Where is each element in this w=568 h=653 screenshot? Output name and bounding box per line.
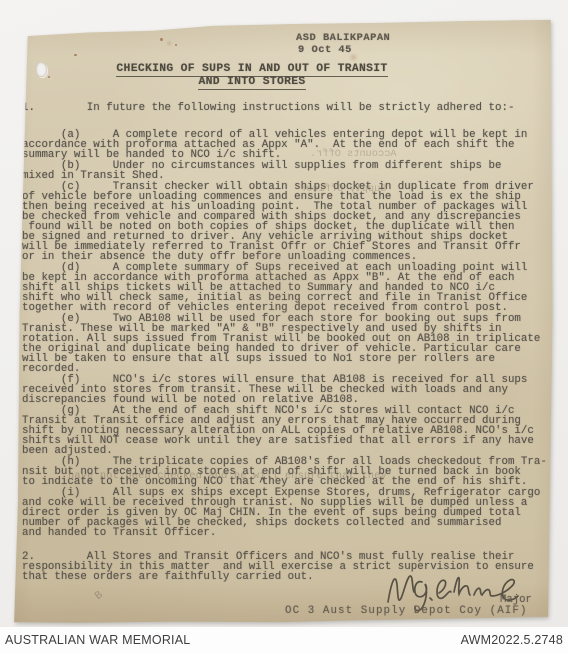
paragraph: (d) A complete summary of Sups received …	[22, 263, 550, 313]
archive-name: AUSTRALIAN WAR MEMORIAL	[5, 633, 190, 647]
typewritten-line: discrepancies found will be noted on rel…	[22, 395, 550, 405]
typewritten-line: summary will be handed to NCO i/c shift.	[22, 150, 550, 160]
letterhead-date: 9 Oct 45	[296, 45, 390, 57]
letterhead: ASD BALIKPAPAN 9 Oct 45	[296, 33, 390, 56]
document-body: 1. In future the following instructions …	[22, 103, 550, 582]
typewritten-line: been adjusted.	[22, 446, 550, 456]
paragraph: (c) Transit checker will obtain ships do…	[22, 182, 550, 262]
faint-page-mark: B	[93, 589, 106, 603]
document-title: CHECKING OF SUPS IN AND OUT OF TRANSIT A…	[116, 64, 388, 90]
paragraph: (b) Under no circumstances will supplies…	[22, 161, 550, 181]
typewritten-line: will be taken to ensure that all sups is…	[22, 354, 550, 364]
typewritten-line: or in their absence the duty offr before…	[22, 252, 550, 262]
paragraph: (a) A complete record of all vehicles en…	[22, 130, 550, 160]
rust-speck	[74, 54, 77, 56]
typewritten-line: 1. In future the following instructions …	[22, 103, 550, 113]
paragraph: (f) NCO's i/c stores will ensure that AB…	[22, 375, 550, 405]
paragraph: (i) All sups ex ships except Expense Sto…	[22, 488, 550, 538]
caret-mark: ^	[259, 477, 266, 489]
bleedthrough-text: Supply Officer	[300, 183, 387, 195]
archive-footer: AUSTRALIAN WAR MEMORIAL AWM2022.5.2748	[0, 627, 568, 653]
archive-item-id: AWM2022.5.2748	[461, 633, 563, 647]
paragraph: (e) Two AB108 will be used for each stor…	[22, 314, 550, 374]
typewritten-line: recorded.	[22, 364, 550, 374]
title-line-2: AND INTO STORES	[198, 77, 305, 90]
paragraph: 1. In future the following instructions …	[22, 103, 550, 113]
typewritten-line: together with record of vehicles enterin…	[22, 303, 550, 313]
typewritten-line: mixed in Transit Shed.	[22, 171, 550, 181]
scanned-document-page: { "document": { "letterhead": { "unit": …	[0, 0, 568, 653]
rust-speck	[175, 44, 177, 46]
interlinear-insertion: have not been checked and he will ensure…	[68, 470, 387, 482]
typewritten-line: and handed to Transit Officer.	[22, 528, 550, 538]
signature-unit: OC 3 Aust Supply Depot Coy (AIF)	[285, 605, 528, 617]
paper-texture: ASD BALIKPAPAN 9 Oct 45 CHECKING OF SUPS…	[12, 18, 554, 624]
rust-speck	[160, 38, 163, 41]
rust-speck	[48, 76, 50, 78]
paragraph: (g) At the end of each shift NCO's i/c s…	[22, 406, 550, 456]
bleedthrough-text: Accounts Offr.	[310, 148, 397, 160]
letterhead-unit: ASD BALIKPAPAN	[296, 33, 390, 45]
paper-hole-damage	[36, 62, 47, 77]
paper-sheet: ASD BALIKPAPAN 9 Oct 45 CHECKING OF SUPS…	[12, 18, 554, 624]
